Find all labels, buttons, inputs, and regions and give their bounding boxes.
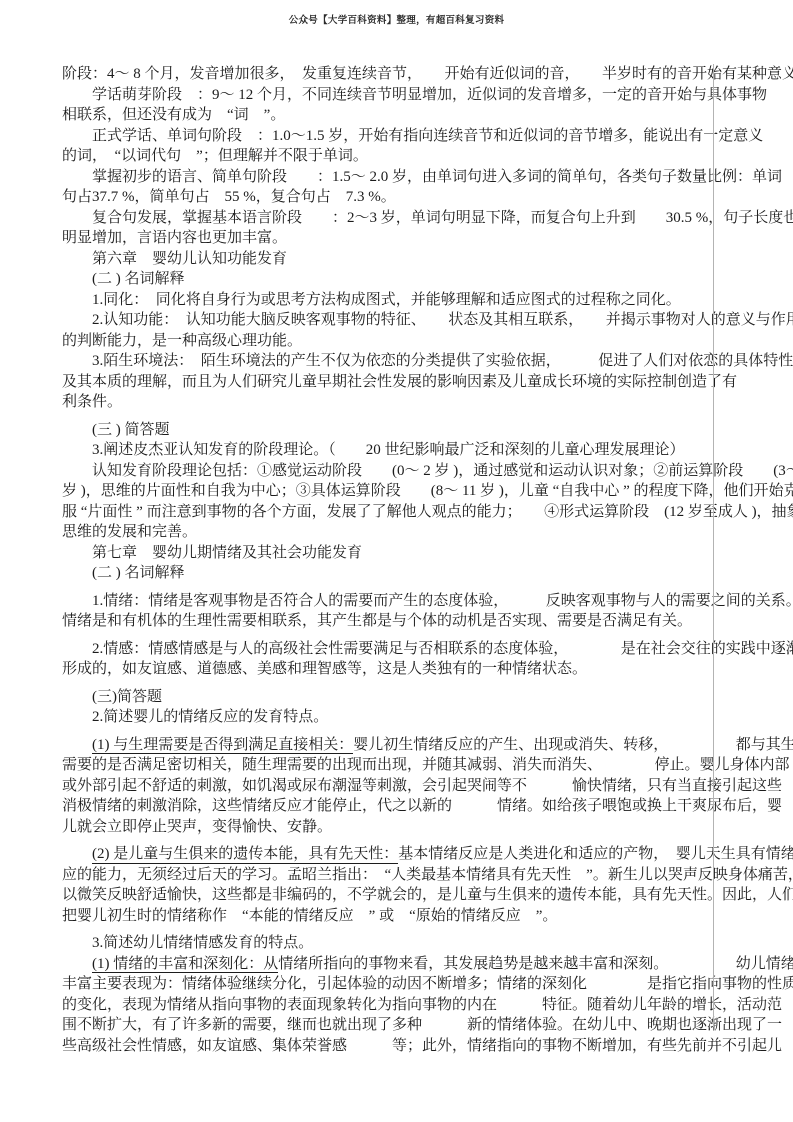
document-lines: 阶段：4～ 8 个月，发音增加很多， 发重复连续音节， 开始有近似词的音， 半岁… (62, 64, 767, 1056)
text-line: 消极情绪的刺激消除，这些情绪反应才能停止，代之以新的 情绪。如给孩子喂饱或换上干… (62, 796, 767, 817)
text-line: 形成的，如友谊感、道德感、美感和理智感等，这是人类独有的一种情绪状态。 (62, 659, 767, 680)
text-line: (三 ) 简答题 (62, 420, 767, 441)
text-segment: 的判断能力，是一种高级心理功能。 (62, 333, 302, 349)
text-segment: 3.阐述皮杰亚认知发育的阶段理论。（ 20 世纪影响最广泛和深刻的儿童心理发展理… (62, 442, 685, 458)
text-line: (三)简答题 (62, 687, 767, 708)
text-line: 丰富主要表现为：情绪体验继续分化，引起体验的动因不断增多；情绪的深刻化 是指它指… (62, 974, 767, 995)
text-segment: 掌握初步的语言、简单句阶段 ：1.5～ 2.0 岁，由单词句进入多词的简单句，各… (62, 169, 782, 185)
text-segment: 正式学话、单词句阶段 ：1.0～1.5 岁，开始有指向连续音节和近似词的音节增多… (62, 128, 763, 144)
text-line: 2.认知功能： 认知功能大脑反映客观事物的特征、 状态及其相互联系， 并揭示事物… (62, 310, 767, 331)
text-segment: 句占37.7 %，简单句占 55 %，复合句占 7.3 %。 (62, 189, 396, 205)
text-segment: 岁 )，思维的片面性和自我为中心；③具体运算阶段 (8～ 11 岁 )，儿童 “… (62, 483, 793, 499)
text-line: 第六章 婴幼儿认知功能发育 (62, 249, 767, 270)
text-line: 岁 )，思维的片面性和自我为中心；③具体运算阶段 (8～ 11 岁 )，儿童 “… (62, 481, 767, 502)
text-line: 把婴儿初生时的情绪称作 “本能的情绪反应 ” 或 “原始的情绪反应 ”。 (62, 906, 767, 927)
text-segment: (三 ) 简答题 (62, 422, 170, 438)
text-segment: 及其本质的理解，而且为人们研究儿童早期社会性发展的影响因素及儿童成长环境的实际控… (62, 374, 737, 390)
text-segment: 需要的是否满足密切相关，随生理需要的出现而出现，并随其减弱、消失而消失、 停止。… (62, 757, 790, 773)
text-segment: 3.陌生环境法： 陌生环境法的产生不仅为依恋的分类提供了实验依据， 促进了人们对… (62, 353, 793, 369)
text-line: 的判断能力，是一种高级心理功能。 (62, 331, 767, 352)
text-segment: 复合句发展，掌握基本语言阶段 ：2～3 岁，单词句明显下降，而复合句上升到 30… (62, 210, 793, 226)
text-segment: 3.简述幼儿情绪情感发育的特点。 (62, 935, 313, 951)
text-line: 第七章 婴幼儿期情绪及其社会功能发育 (62, 543, 767, 564)
text-segment: 1.同化： 同化将自身行为或思考方法构成图式，并能够理解和适应图式的过程称之同化… (62, 292, 681, 308)
text-line: 些高级社会性情感，如友谊感、集体荣誉感 等；此外，情绪指向的事物不断增加，有些先… (62, 1036, 767, 1057)
text-line: (1) 与生理需要是否得到满足直接相关：婴儿初生情绪反应的产生、出现或消失、转移… (62, 735, 767, 756)
text-segment: 或外部引起不舒适的刺激，如饥渴或尿布潮湿等刺激，会引起哭闹等不 愉快情绪，只有当… (62, 778, 782, 794)
text-segment: 思维的发展和完善。 (62, 524, 197, 540)
text-line: (2) 是儿童与生俱来的遗传本能，具有先天性：基本情绪反应是人类进化和适应的产物… (62, 844, 767, 865)
underlined-text: (2) 是儿童与生俱来的遗传本能，具有先天性： (92, 846, 398, 864)
text-line: 阶段：4～ 8 个月，发音增加很多， 发重复连续音节， 开始有近似词的音， 半岁… (62, 64, 767, 85)
text-line: 掌握初步的语言、简单句阶段 ：1.5～ 2.0 岁，由单词句进入多词的简单句，各… (62, 167, 767, 188)
text-line: 1.情绪：情绪是客观事物是否符合人的需要而产生的态度体验， 反映客观事物与人的需… (62, 591, 767, 612)
text-line: 围不断扩大，有了许多新的需要，继而也就出现了多种 新的情绪体验。在幼儿中、晚期也… (62, 1015, 767, 1036)
text-segment: (二 ) 名词解释 (62, 271, 185, 287)
text-segment: 阶段：4～ 8 个月，发音增加很多， 发重复连续音节， 开始有近似词的音， 半岁… (62, 66, 793, 82)
text-line: 的变化，表现为情绪从指向事物的表面现象转化为指向事物的内在 特征。随着幼儿年龄的… (62, 995, 767, 1016)
underlined-text: (1) 与生理需要是否得到满足直接相关： (92, 737, 353, 755)
text-segment (62, 956, 92, 972)
text-line: 1.同化： 同化将自身行为或思考方法构成图式，并能够理解和适应图式的过程称之同化… (62, 290, 767, 311)
text-line: 需要的是否满足密切相关，随生理需要的出现而出现，并随其减弱、消失而消失、 停止。… (62, 755, 767, 776)
text-segment: 服 “片面性 ” 而注意到事物的各个方面，发展了了解他人观点的能力； ④形式运算… (62, 504, 793, 520)
text-line: 思维的发展和完善。 (62, 522, 767, 543)
page-header-watermark: 公众号【大学百科资料】整理，有超百科复习资料 (0, 12, 793, 26)
text-line: 利条件。 (62, 392, 767, 413)
text-line: 复合句发展，掌握基本语言阶段 ：2～3 岁，单词句明显下降，而复合句上升到 30… (62, 208, 767, 229)
text-line: 儿就会立即停止哭声，变得愉快、安静。 (62, 817, 767, 838)
text-segment: 消极情绪的刺激消除，这些情绪反应才能停止，代之以新的 情绪。如给孩子喂饱或换上干… (62, 798, 782, 814)
text-line: 以微笑反映舒适愉快，这些都是非编码的，不学就会的，是儿童与生俱来的遗传本能，具有… (62, 885, 767, 906)
text-segment: 相联系，但还没有成为 “词 ”。 (62, 107, 285, 123)
text-line: 的词， “以词代句 ”；但理解并不限于单词。 (62, 146, 767, 167)
text-line: 明显增加，言语内容也更加丰富。 (62, 228, 767, 249)
text-segment: 情绪所指向的事物来看，其发展趋势是越来越丰富和深刻。 幼儿情绪的 (278, 956, 793, 972)
text-segment: 第七章 婴幼儿期情绪及其社会功能发育 (62, 545, 362, 561)
text-segment: 第六章 婴幼儿认知功能发育 (62, 251, 287, 267)
text-line: 正式学话、单词句阶段 ：1.0～1.5 岁，开始有指向连续音节和近似词的音节增多… (62, 126, 767, 147)
text-segment: 把婴儿初生时的情绪称作 “本能的情绪反应 ” 或 “原始的情绪反应 ”。 (62, 908, 557, 924)
text-segment: 儿就会立即停止哭声，变得愉快、安静。 (62, 819, 332, 835)
text-line: 及其本质的理解，而且为人们研究儿童早期社会性发展的影响因素及儿童成长环境的实际控… (62, 372, 767, 393)
text-segment: 的词， “以词代句 ”；但理解并不限于单词。 (62, 148, 368, 164)
text-segment: 以微笑反映舒适愉快，这些都是非编码的，不学就会的，是儿童与生俱来的遗传本能，具有… (62, 887, 793, 903)
text-line: 服 “片面性 ” 而注意到事物的各个方面，发展了了解他人观点的能力； ④形式运算… (62, 502, 767, 523)
underlined-text: (1) 情绪的丰富和深刻化：从 (92, 956, 278, 974)
text-line: 情绪是和有机体的生理性需要相联系，其产生都是与个体的动机是否实现、需要是否满足有… (62, 611, 767, 632)
text-segment (62, 737, 92, 753)
text-segment: 1.情绪：情绪是客观事物是否符合人的需要而产生的态度体验， 反映客观事物与人的需… (62, 593, 793, 609)
text-line: (1) 情绪的丰富和深刻化：从情绪所指向的事物来看，其发展趋势是越来越丰富和深刻… (62, 954, 767, 975)
text-segment: 利条件。 (62, 394, 122, 410)
text-segment: 应的能力，无须经过后天的学习。孟昭兰指出： “人类最基本情绪具有先天性 ”。新生… (62, 867, 793, 883)
text-segment: 基本情绪反应是人类进化和适应的产物， 婴儿天生具有情绪反 (398, 846, 793, 862)
text-segment: 围不断扩大，有了许多新的需要，继而也就出现了多种 新的情绪体验。在幼儿中、晚期也… (62, 1017, 782, 1033)
text-segment: 2.情感：情感情感是与人的高级社会性需要满足与否相联系的态度体验， 是在社会交往… (62, 641, 793, 657)
text-line: 相联系，但还没有成为 “词 ”。 (62, 105, 767, 126)
text-segment: 2.简述婴儿的情绪反应的发育特点。 (62, 709, 328, 725)
text-line: (二 ) 名词解释 (62, 563, 767, 584)
text-line: 或外部引起不舒适的刺激，如饥渴或尿布潮湿等刺激，会引起哭闹等不 愉快情绪，只有当… (62, 776, 767, 797)
text-segment (62, 846, 92, 862)
text-segment: 情绪是和有机体的生理性需要相联系，其产生都是与个体的动机是否实现、需要是否满足有… (62, 613, 692, 629)
text-segment: 婴儿初生情绪反应的产生、出现或消失、转移， 都与其生理 (353, 737, 793, 753)
text-segment: 些高级社会性情感，如友谊感、集体荣誉感 等；此外，情绪指向的事物不断增加，有些先… (62, 1038, 782, 1054)
text-segment: 的变化，表现为情绪从指向事物的表面现象转化为指向事物的内在 特征。随着幼儿年龄的… (62, 997, 782, 1013)
text-line: 学话萌芽阶段 ：9～ 12 个月，不同连续音节明显增加，近似词的发音增多，一定的… (62, 85, 767, 106)
text-segment: 认知发育阶段理论包括：①感觉运动阶段 (0～ 2 岁 )，通过感觉和运动认识对象… (62, 463, 793, 479)
text-segment: (三)简答题 (62, 689, 162, 705)
text-line: 应的能力，无须经过后天的学习。孟昭兰指出： “人类最基本情绪具有先天性 ”。新生… (62, 865, 767, 886)
text-line: 2.简述婴儿的情绪反应的发育特点。 (62, 707, 767, 728)
text-line: 2.情感：情感情感是与人的高级社会性需要满足与否相联系的态度体验， 是在社会交往… (62, 639, 767, 660)
text-segment: 形成的，如友谊感、道德感、美感和理智感等，这是人类独有的一种情绪状态。 (62, 661, 587, 677)
text-line: 3.阐述皮杰亚认知发育的阶段理论。（ 20 世纪影响最广泛和深刻的儿童心理发展理… (62, 440, 767, 461)
text-line: (二 ) 名词解释 (62, 269, 767, 290)
text-segment: 明显增加，言语内容也更加丰富。 (62, 230, 287, 246)
text-segment: 丰富主要表现为：情绪体验继续分化，引起体验的动因不断增多；情绪的深刻化 是指它指… (62, 976, 793, 992)
text-line: 句占37.7 %，简单句占 55 %，复合句占 7.3 %。 (62, 187, 767, 208)
text-line: 认知发育阶段理论包括：①感觉运动阶段 (0～ 2 岁 )，通过感觉和运动认识对象… (62, 461, 767, 482)
text-line: 3.简述幼儿情绪情感发育的特点。 (62, 933, 767, 954)
text-segment: 2.认知功能： 认知功能大脑反映客观事物的特征、 状态及其相互联系， 并揭示事物… (62, 312, 793, 328)
page-edge-line (713, 64, 714, 1027)
text-segment: 学话萌芽阶段 ：9～ 12 个月，不同连续音节明显增加，近似词的发音增多，一定的… (62, 87, 767, 103)
text-segment: (二 ) 名词解释 (62, 565, 185, 581)
text-line: 3.陌生环境法： 陌生环境法的产生不仅为依恋的分类提供了实验依据， 促进了人们对… (62, 351, 767, 372)
